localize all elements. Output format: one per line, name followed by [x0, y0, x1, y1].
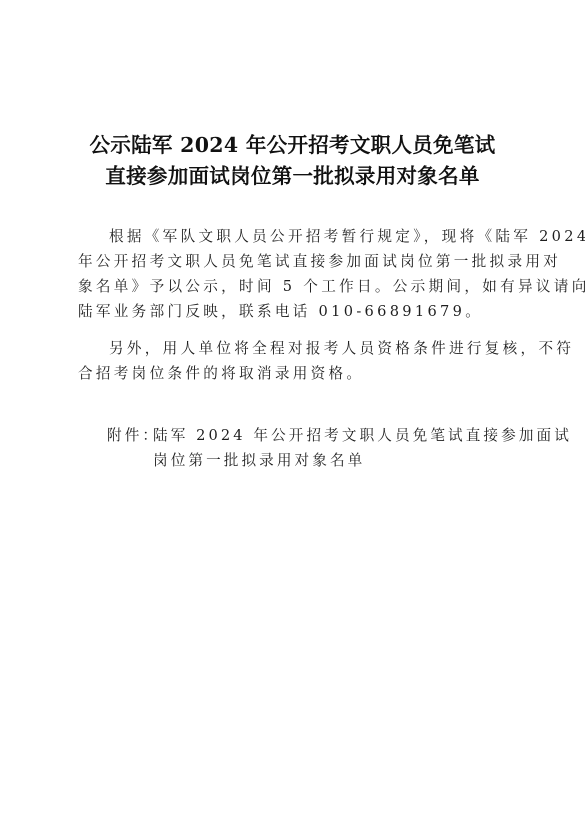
paragraph-2-line-1: 另外，用人单位将全程对报考人员资格条件进行复核，不符 — [78, 336, 514, 361]
title-line-2: 直接参加面试岗位第一批拟录用对象名单 — [0, 161, 585, 192]
title-line-1: 公示陆军 2024 年公开招考文职人员免笔试 — [0, 130, 585, 161]
document-page: 公示陆军 2024 年公开招考文职人员免笔试 直接参加面试岗位第一批拟录用对象名… — [0, 0, 585, 826]
paragraph-2-line-2: 合招考岗位条件的将取消录用资格。 — [78, 361, 514, 386]
attachment-title-line-2: 岗位第一批拟录用对象名单 — [153, 448, 572, 473]
paragraph-1-line-1: 根据《军队文职人员公开招考暂行规定》，现将《陆军 2024 — [78, 224, 514, 249]
paragraph-publicity-notice: 根据《军队文职人员公开招考暂行规定》，现将《陆军 2024 年公开招考文职人员免… — [78, 224, 514, 324]
attachment-title: 陆军 2024 年公开招考文职人员免笔试直接参加面试 岗位第一批拟录用对象名单 — [153, 423, 572, 473]
paragraph-1-line-4: 陆军业务部门反映，联系电话 010-66891679。 — [78, 299, 514, 324]
paragraph-qualification-review: 另外，用人单位将全程对报考人员资格条件进行复核，不符 合招考岗位条件的将取消录用… — [78, 336, 514, 386]
attachment-title-line-1: 陆军 2024 年公开招考文职人员免笔试直接参加面试 — [153, 423, 572, 448]
paragraph-1-line-3: 象名单》予以公示，时间 5 个工作日。公示期间，如有异议请向 — [78, 274, 514, 299]
paragraph-1-line-2: 年公开招考文职人员免笔试直接参加面试岗位第一批拟录用对 — [78, 249, 514, 274]
document-title: 公示陆军 2024 年公开招考文职人员免笔试 直接参加面试岗位第一批拟录用对象名… — [0, 130, 585, 192]
